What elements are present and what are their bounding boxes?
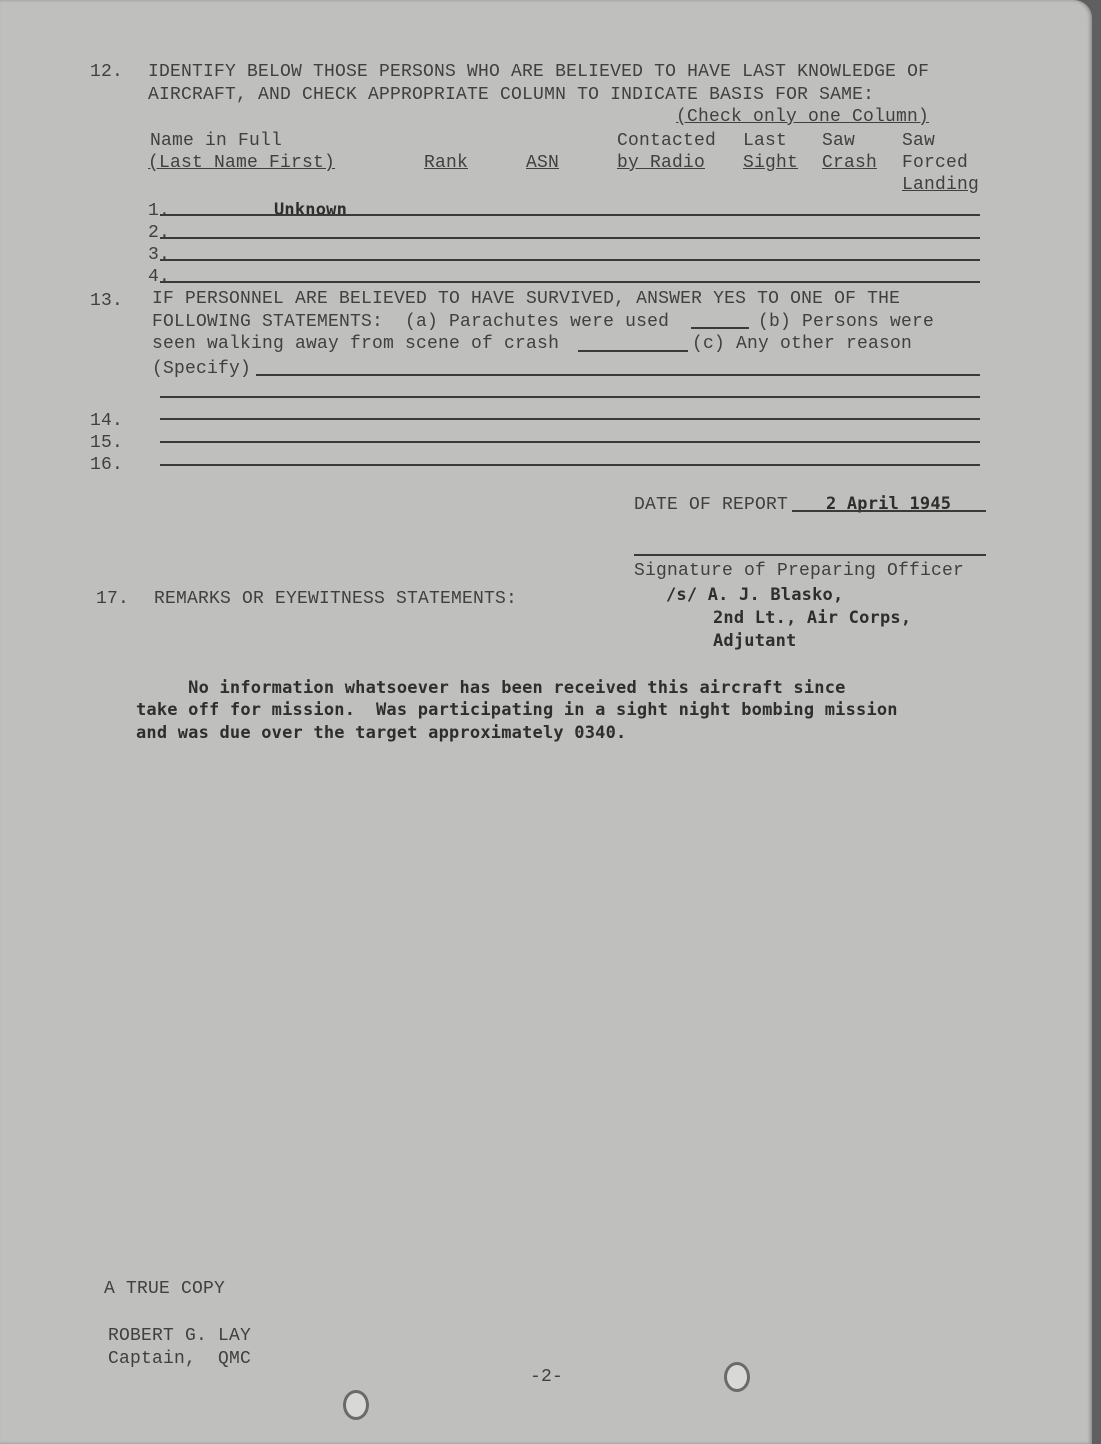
section-14-number: 14. <box>90 410 123 432</box>
col-forced-line1: Saw <box>902 130 935 152</box>
col-name-line2: (Last Name First) <box>148 152 335 174</box>
page-number: -2- <box>530 1366 563 1388</box>
remarks-line-3: and was due over the target approximatel… <box>136 722 626 744</box>
row-number: 4. <box>148 266 170 288</box>
section-16-number: 16. <box>90 454 123 476</box>
row-line <box>160 259 980 261</box>
section-17-number: 17. <box>96 588 129 610</box>
parachutes-blank <box>691 327 749 329</box>
certifier-name: ROBERT G. LAY <box>108 1325 251 1347</box>
signature-label: Signature of Preparing Officer <box>634 560 964 582</box>
row-line <box>160 237 980 239</box>
specify-line-2 <box>160 396 980 398</box>
section-13-line1: IF PERSONNEL ARE BELIEVED TO HAVE SURVIV… <box>152 288 900 310</box>
section-15-line <box>160 441 980 443</box>
row-line <box>160 214 980 216</box>
signature-name: /s/ A. J. Blasko, <box>666 584 843 606</box>
section-17-label: REMARKS OR EYEWITNESS STATEMENTS: <box>154 588 517 610</box>
check-note: (Check only one Column) <box>676 106 929 128</box>
col-forced-line3: Landing <box>902 174 979 196</box>
signature-line <box>634 554 986 556</box>
true-copy-label: A TRUE COPY <box>104 1278 225 1300</box>
signature-title: Adjutant <box>713 630 796 652</box>
date-line <box>792 510 986 512</box>
col-asn: ASN <box>526 152 559 174</box>
document-page: 12. IDENTIFY BELOW THOSE PERSONS WHO ARE… <box>0 0 1092 1444</box>
punch-hole <box>343 1390 369 1420</box>
walking-blank <box>578 350 688 352</box>
certifier-title: Captain, QMC <box>108 1348 251 1370</box>
punch-hole <box>724 1362 750 1392</box>
section-15-number: 15. <box>90 432 123 454</box>
col-crash-line1: Saw <box>822 130 855 152</box>
col-radio-line1: Contacted <box>617 130 716 152</box>
col-rank: Rank <box>424 152 468 174</box>
section-12-number: 12. <box>90 61 123 83</box>
section-13-line3b: (c) Any other reason <box>692 333 912 355</box>
remarks-line-2: take off for mission. Was participating … <box>136 699 898 721</box>
row-name: Unknown <box>274 199 347 221</box>
col-sight-line1: Last <box>743 130 787 152</box>
section-13-line2b: (b) Persons were <box>758 311 934 333</box>
remarks-line-1: No information whatsoever has been recei… <box>136 677 846 699</box>
date-of-report-label: DATE OF REPORT <box>634 494 788 516</box>
section-12-line2: AIRCRAFT, AND CHECK APPROPRIATE COLUMN T… <box>148 84 874 106</box>
col-forced-line2: Forced <box>902 152 968 174</box>
section-12-line1: IDENTIFY BELOW THOSE PERSONS WHO ARE BEL… <box>148 61 929 83</box>
signature-rank: 2nd Lt., Air Corps, <box>713 607 911 629</box>
section-14-line <box>160 418 980 420</box>
row-line <box>160 281 980 283</box>
section-13-specify: (Specify) <box>152 358 251 380</box>
section-13-line2a: FOLLOWING STATEMENTS: (a) Parachutes wer… <box>152 311 669 333</box>
row-number: 3. <box>148 244 170 266</box>
specify-line <box>256 374 980 376</box>
section-13-number: 13. <box>90 290 123 312</box>
row-number: 1. <box>148 200 170 222</box>
row-number: 2. <box>148 222 170 244</box>
col-sight-line2: Sight <box>743 152 798 174</box>
col-crash-line2: Crash <box>822 152 877 174</box>
col-radio-line2: by Radio <box>617 152 705 174</box>
section-16-line <box>160 464 980 466</box>
col-name-line1: Name in Full <box>150 130 282 152</box>
section-13-line3a: seen walking away from scene of crash <box>152 333 559 355</box>
